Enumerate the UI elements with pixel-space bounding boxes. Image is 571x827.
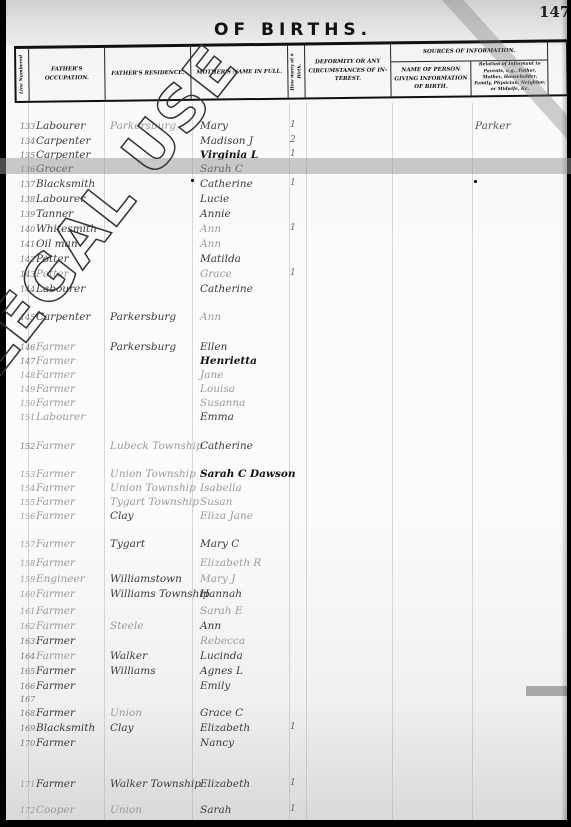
- table-row: 146FarmerParkersburgEllen: [20, 341, 560, 355]
- cell-occ: Labourer: [36, 193, 85, 205]
- cell-mom: Susan: [200, 496, 232, 508]
- cell-mom: Sarah: [200, 804, 232, 816]
- cell-num: 143: [20, 270, 35, 279]
- table-row: 168FarmerUnionGrace C: [20, 707, 560, 721]
- cell-num: 138: [20, 195, 35, 204]
- cell-res: Clay: [110, 722, 134, 734]
- cell-res: Williamstown: [110, 573, 182, 585]
- cell-res: Union: [110, 707, 142, 719]
- cell-mom: Catherine: [200, 283, 253, 295]
- cell-mom: Elizabeth: [200, 778, 250, 790]
- header-line-number: Line Numbered: [14, 49, 29, 101]
- table-row: 144LabourerCatherine: [20, 283, 560, 297]
- cell-mom: Eliza Jane: [200, 510, 253, 522]
- cell-num: 151: [20, 413, 35, 422]
- cell-res: Parkersburg: [110, 341, 176, 353]
- cell-res: Walker Township: [110, 778, 201, 790]
- table-row: 167: [20, 693, 560, 707]
- cell-cnt: 1: [290, 722, 296, 732]
- cell-num: 137: [20, 180, 35, 189]
- cell-num: 149: [20, 385, 35, 394]
- cell-num: 167: [20, 695, 35, 704]
- cell-res: Williams Township: [110, 588, 209, 600]
- table-row: 134CarpenterMadison J2: [20, 135, 560, 149]
- table-row: 149FarmerLouisa: [20, 383, 560, 397]
- cell-occ: Carpenter: [36, 135, 90, 147]
- table-row: 133LabourerParkersburgMary1Parker: [20, 120, 560, 134]
- cell-mom: Emma: [200, 411, 234, 423]
- table-row: 147FarmerHenrietta: [20, 355, 560, 369]
- cell-occ: Oil man: [36, 238, 78, 250]
- cell-mom: Ann: [200, 223, 221, 235]
- table-row: 145CarpenterParkersburgAnn: [20, 311, 560, 325]
- table-row: 156FarmerClayEliza Jane: [20, 510, 560, 524]
- table-row: 157FarmerTygartMary C: [20, 538, 560, 552]
- cell-mom: Catherine: [200, 440, 253, 452]
- cell-mom: Annie: [200, 208, 231, 220]
- cell-num: 165: [20, 667, 35, 676]
- cell-mom: Louisa: [200, 383, 235, 395]
- cell-occ: Blacksmith: [36, 722, 95, 734]
- table-row: 172CooperUnionSarah1: [20, 804, 560, 818]
- table-row: 162FarmerSteeleAnn: [20, 620, 560, 634]
- cell-mom: Sarah C Dawson: [200, 468, 296, 480]
- cell-res: Walker: [110, 650, 147, 662]
- cell-mom: Mary C: [200, 538, 239, 550]
- table-row: 155FarmerTygart TownshipSusan: [20, 496, 560, 510]
- table-row: 152FarmerLubeck TownshipCatherine: [20, 440, 560, 454]
- cell-occ: Labourer: [36, 120, 85, 132]
- ink-blot: [474, 180, 477, 183]
- table-row: 137BlacksmithCatherine1: [20, 178, 560, 192]
- cell-occ: Farmer: [36, 496, 75, 508]
- table-row: 165FarmerWilliamsAgnes L: [20, 665, 560, 679]
- cell-num: 163: [20, 637, 35, 646]
- cell-num: 166: [20, 682, 35, 691]
- table-row: 139TannerAnnie: [20, 208, 560, 222]
- cell-mom: Agnes L: [200, 665, 243, 677]
- header-deformity: DEFORMITY OR ANY CIRCUMSTANCES OF IN-TER…: [304, 44, 391, 97]
- cell-occ: Farmer: [36, 778, 75, 790]
- cell-res: Union Township: [110, 482, 196, 494]
- cell-num: 133: [20, 122, 35, 131]
- cell-occ: Farmer: [36, 397, 75, 409]
- cell-num: 156: [20, 512, 35, 521]
- cell-occ: Potter: [36, 268, 69, 280]
- cell-occ: Whitesmith: [36, 223, 97, 235]
- cell-mom: Ann: [200, 238, 221, 250]
- cell-occ: Farmer: [36, 341, 75, 353]
- cell-num: 152: [20, 442, 35, 451]
- cell-num: 162: [20, 622, 35, 631]
- register-page: OF BIRTHS. 147 Line Numbered FATHER'S OC…: [6, 0, 567, 820]
- cell-num: 169: [20, 724, 35, 733]
- cell-occ: Labourer: [36, 411, 85, 423]
- cell-num: 159: [20, 575, 35, 584]
- cell-res: Williams: [110, 665, 156, 677]
- cell-mom: Ann: [200, 620, 221, 632]
- cell-num: 157: [20, 540, 35, 549]
- cell-occ: Farmer: [36, 680, 75, 692]
- cell-mom: Rebecca: [200, 635, 245, 647]
- cell-mom: Mary: [200, 120, 228, 132]
- header-fathers-residence: FATHER'S RESIDENCE.: [104, 47, 191, 100]
- cell-mom: Henrietta: [200, 355, 257, 367]
- cell-num: 164: [20, 652, 35, 661]
- cell-num: 154: [20, 484, 35, 493]
- cell-num: 134: [20, 137, 35, 146]
- header-informant-name: NAME OF PERSON GIVING INFORMATION OF BIR…: [391, 61, 470, 96]
- table-row: 140WhitesmithAnn1: [20, 223, 560, 237]
- cell-mom: Jane: [200, 369, 223, 381]
- cell-occ: Farmer: [36, 383, 75, 395]
- header-fathers-occupation: FATHER'S OCCUPATION.: [28, 48, 105, 101]
- cell-occ: Labourer: [36, 283, 85, 295]
- page-title: OF BIRTHS.: [214, 20, 372, 40]
- cell-mom: Lucie: [200, 193, 229, 205]
- cell-num: 172: [20, 806, 35, 815]
- ink-blot: [191, 179, 194, 182]
- cell-cnt: 1: [290, 778, 296, 788]
- cell-res: Lubeck Township: [110, 440, 203, 452]
- cell-mom: Grace: [200, 268, 232, 280]
- cell-res: Union: [110, 804, 142, 816]
- cell-mom: Ellen: [200, 341, 227, 353]
- table-row: 153FarmerUnion TownshipSarah C Dawson: [20, 468, 560, 482]
- cell-num: 146: [20, 343, 35, 352]
- cell-mom: Ann: [200, 311, 221, 323]
- cell-occ: Farmer: [36, 635, 75, 647]
- table-row: 148FarmerJane: [20, 369, 560, 383]
- cell-cnt: 1: [290, 268, 296, 278]
- header-how-many: How many at a Birth.: [287, 45, 305, 97]
- cell-mom: Hannah: [200, 588, 242, 600]
- cell-cnt: 1: [290, 223, 296, 233]
- cell-mom: Sarah E: [200, 605, 243, 617]
- cell-occ: Potter: [36, 253, 69, 265]
- table-row: 170FarmerNancy: [20, 737, 560, 751]
- cell-cnt: 1: [290, 804, 296, 814]
- table-row: 141Oil manAnn: [20, 238, 560, 252]
- cell-occ: Farmer: [36, 650, 75, 662]
- cell-cnt: 1: [290, 120, 296, 130]
- cell-occ: Farmer: [36, 538, 75, 550]
- table-row: 163FarmerRebecca: [20, 635, 560, 649]
- table-row: 150FarmerSusanna: [20, 397, 560, 411]
- cell-occ: Tanner: [36, 208, 73, 220]
- cell-num: 145: [20, 313, 35, 322]
- cell-num: 170: [20, 739, 35, 748]
- cell-num: 148: [20, 371, 35, 380]
- cell-mom: Elizabeth: [200, 722, 250, 734]
- header-mothers-name: MOTHER'S NAME IN FULL.: [190, 46, 288, 99]
- cell-num: 160: [20, 590, 35, 599]
- cell-res: Clay: [110, 510, 134, 522]
- cell-occ: Farmer: [36, 369, 75, 381]
- cell-mom: Nancy: [200, 737, 234, 749]
- cell-occ: Farmer: [36, 355, 75, 367]
- cell-occ: Farmer: [36, 707, 75, 719]
- table-header: Line Numbered FATHER'S OCCUPATION. FATHE…: [14, 39, 567, 103]
- cell-cnt: 2: [290, 135, 296, 145]
- cell-num: 140: [20, 225, 35, 234]
- cell-mom: Madison J: [200, 135, 253, 147]
- cell-inf: Parker: [475, 120, 510, 132]
- cell-mom: Susanna: [200, 397, 245, 409]
- sources-title: SOURCES OF INFORMATION.: [391, 42, 547, 62]
- table-row: 160FarmerWilliams TownshipHannah: [20, 588, 560, 602]
- cell-occ: Farmer: [36, 605, 75, 617]
- cell-occ: Farmer: [36, 557, 75, 569]
- cell-res: Parkersburg: [110, 311, 176, 323]
- cell-occ: Farmer: [36, 620, 75, 632]
- cell-occ: Cooper: [36, 804, 75, 816]
- table-row: 158FarmerElizabeth R: [20, 557, 560, 571]
- cell-num: 168: [20, 709, 35, 718]
- cell-res: Steele: [110, 620, 143, 632]
- cell-occ: Farmer: [36, 510, 75, 522]
- cell-num: 150: [20, 399, 35, 408]
- table-row: 142PotterMatilda: [20, 253, 560, 267]
- page-edge-shadow: [561, 0, 567, 820]
- cell-num: 142: [20, 255, 35, 264]
- cell-res: Tygart Township: [110, 496, 199, 508]
- cell-num: 147: [20, 357, 35, 366]
- cell-occ: Farmer: [36, 482, 75, 494]
- cell-num: 171: [20, 780, 35, 789]
- cell-num: 153: [20, 470, 35, 479]
- cell-mom: Grace C: [200, 707, 243, 719]
- table-row: 151LabourerEmma: [20, 411, 560, 425]
- cell-mom: Lucinda: [200, 650, 243, 662]
- table-row: 161FarmerSarah E: [20, 605, 560, 619]
- cell-mom: Emily: [200, 680, 230, 692]
- table-row: 159EngineerWilliamstownMary J: [20, 573, 560, 587]
- table-row: 169BlacksmithClayElizabeth1: [20, 722, 560, 736]
- cell-res: Union Township: [110, 468, 196, 480]
- cell-num: 144: [20, 285, 35, 294]
- table-row: 166FarmerEmily: [20, 680, 560, 694]
- cell-occ: Farmer: [36, 588, 75, 600]
- table-row: 138LabourerLucie: [20, 193, 560, 207]
- cell-mom: Mary J: [200, 573, 236, 585]
- cell-cnt: 1: [290, 178, 296, 188]
- table-row: 143PotterGrace1: [20, 268, 560, 282]
- cell-mom: Matilda: [200, 253, 241, 265]
- cell-occ: Farmer: [36, 468, 75, 480]
- cell-res: Parkersburg: [110, 120, 176, 132]
- table-row: 171FarmerWalker TownshipElizabeth1: [20, 778, 560, 792]
- cell-mom: Elizabeth R: [200, 557, 261, 569]
- cell-num: 161: [20, 607, 35, 616]
- cell-num: 141: [20, 240, 35, 249]
- cell-mom: Isabella: [200, 482, 242, 494]
- table-row: 164FarmerWalkerLucinda: [20, 650, 560, 664]
- table-row: 154FarmerUnion TownshipIsabella: [20, 482, 560, 496]
- row-highlight: [0, 158, 571, 174]
- cell-num: 139: [20, 210, 35, 219]
- cell-occ: Blacksmith: [36, 178, 95, 190]
- cell-num: 158: [20, 559, 35, 568]
- cell-occ: Carpenter: [36, 311, 90, 323]
- cell-res: Tygart: [110, 538, 145, 550]
- cell-occ: Farmer: [36, 665, 75, 677]
- cell-occ: Farmer: [36, 440, 75, 452]
- cell-num: 155: [20, 498, 35, 507]
- cell-occ: Farmer: [36, 737, 75, 749]
- cell-occ: Engineer: [36, 573, 85, 585]
- cell-mom: Catherine: [200, 178, 253, 190]
